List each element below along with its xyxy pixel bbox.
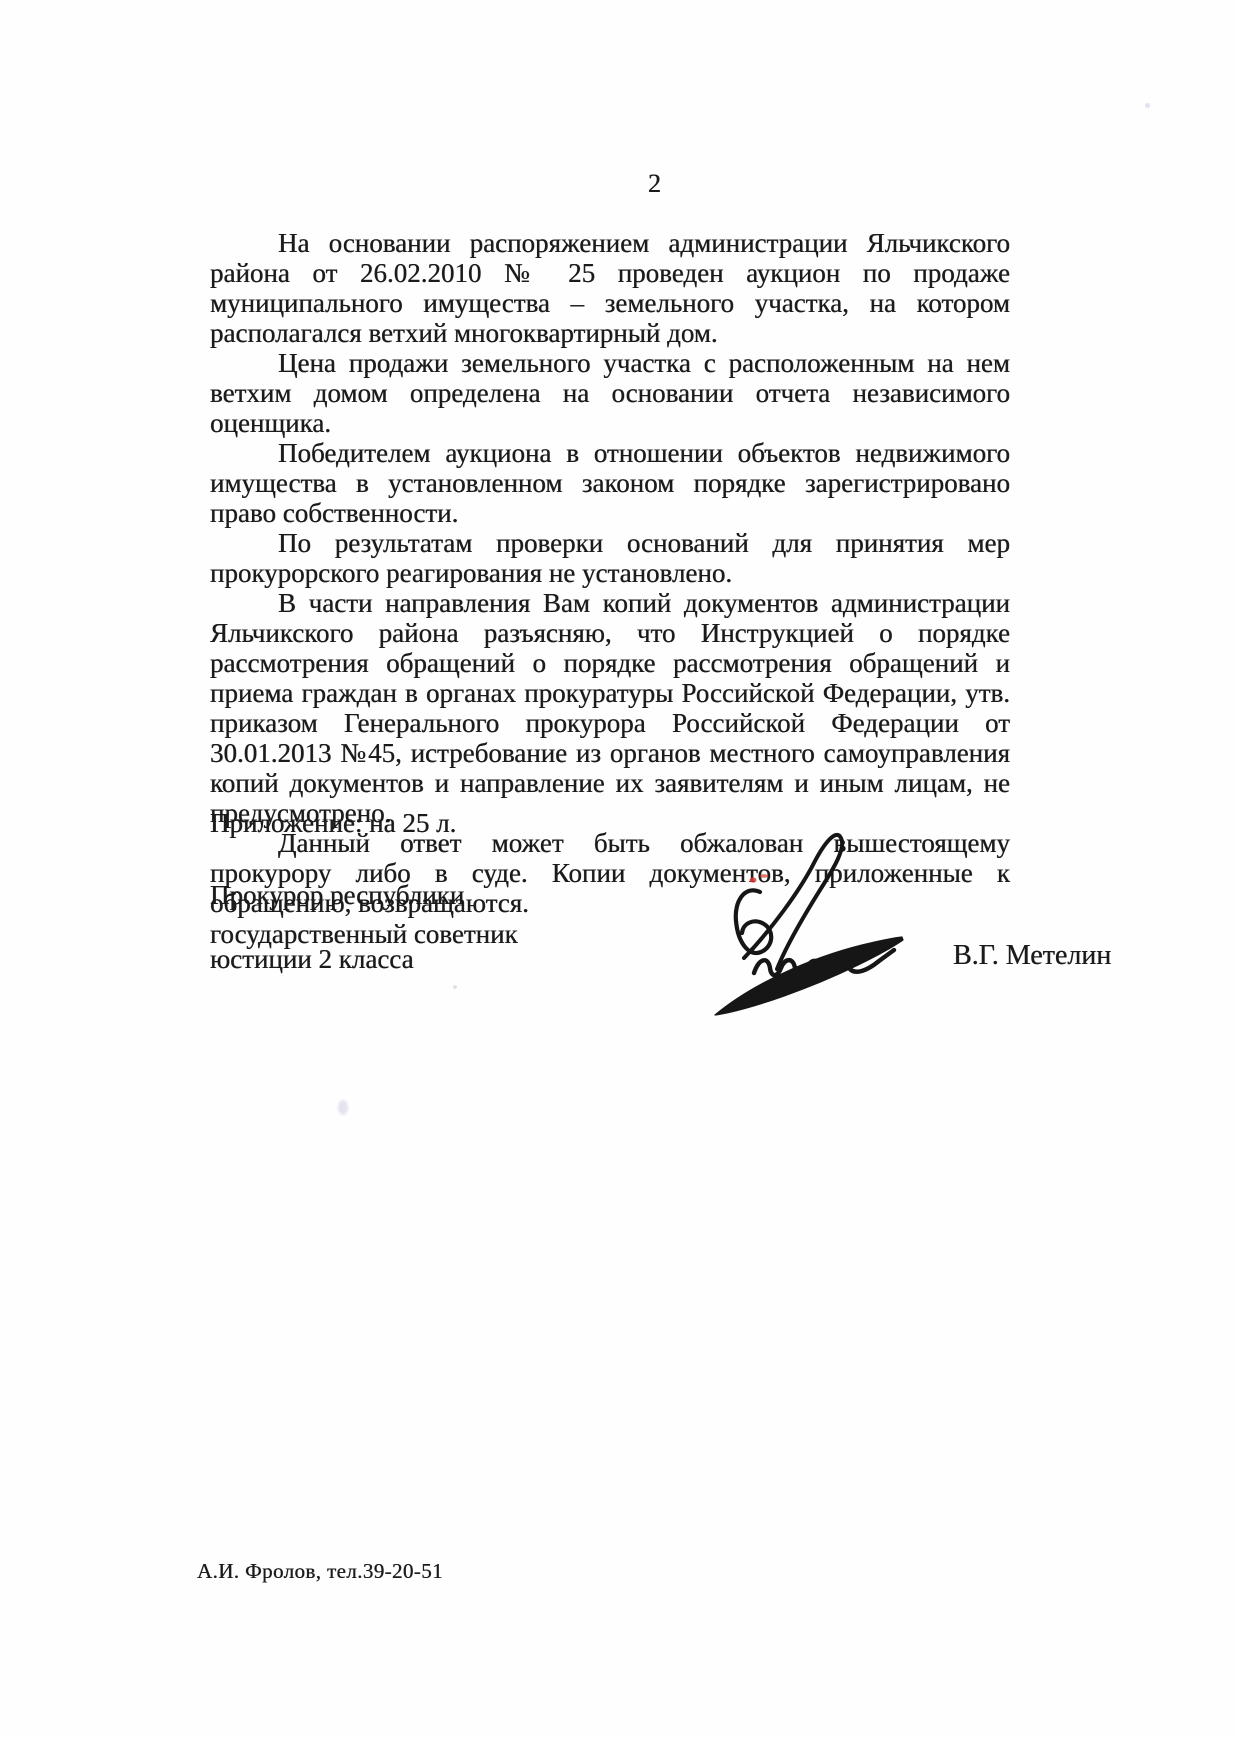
signer-name: В.Г. Метелин bbox=[953, 940, 1111, 972]
paragraph-auction-winner: Победителем аукциона в отношении объекто… bbox=[210, 438, 1010, 528]
page-number: 2 bbox=[648, 169, 661, 199]
paragraph-auction-basis: На основании распоряжением администрации… bbox=[210, 228, 1010, 348]
scan-artifact-speck bbox=[453, 985, 457, 989]
paragraph-inspection-result: По результатам проверки оснований для пр… bbox=[210, 528, 1010, 588]
paragraph-sale-price: Цена продажи земельного участка с распол… bbox=[210, 348, 1010, 438]
signer-rank-line2: юстиции 2 класса bbox=[210, 947, 518, 972]
signer-rank: государственный советник юстиции 2 класс… bbox=[210, 922, 518, 972]
paragraph-copies-explanation: В части направления Вам копий документов… bbox=[210, 588, 1010, 828]
scan-artifact-speck bbox=[1145, 103, 1150, 108]
red-ink-mark bbox=[750, 877, 757, 882]
signer-position: Прокурор республики bbox=[210, 880, 464, 910]
executor-line: А.И. Фролов, тел.39-20-51 bbox=[197, 1558, 443, 1584]
document-page: 2 На основании распоряжением администрац… bbox=[0, 0, 1235, 1737]
scan-artifact-speck bbox=[338, 1100, 348, 1115]
red-ink-mark bbox=[760, 874, 768, 878]
signature-autograph bbox=[690, 815, 915, 1030]
attachment-note: Приложение: на 25 л. bbox=[210, 808, 456, 838]
